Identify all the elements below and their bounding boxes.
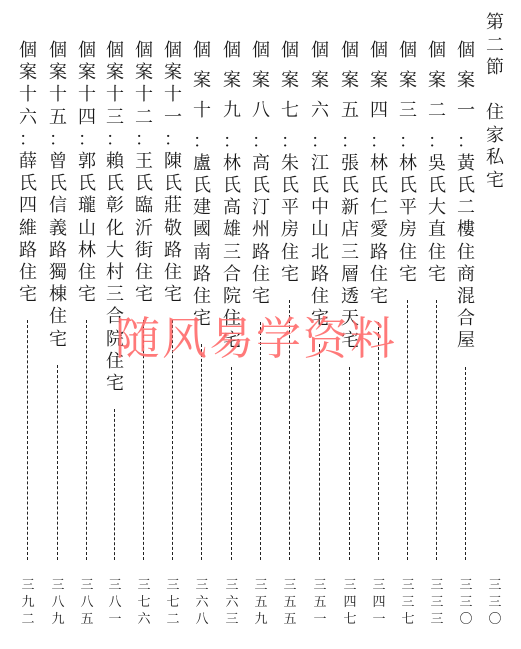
page-number: 三五五: [281, 577, 299, 628]
toc-entry-title: 個案十二：王氏臨沂街住宅: [133, 40, 155, 306]
toc-entry-title: 個案十四：郭氏瓏山林住宅: [76, 40, 98, 306]
section-title-char: 第: [484, 12, 506, 35]
page-number: 三四七: [341, 577, 359, 628]
page-number: 三五一: [311, 577, 329, 628]
dotted-leader: [114, 409, 115, 560]
page-number: 三三三: [428, 577, 446, 628]
section-title-char: 住: [484, 102, 506, 125]
section-title-char: 二: [484, 35, 506, 58]
section-title-char: 節: [484, 57, 506, 80]
page-number: 三五九: [252, 577, 270, 628]
page-number: 三三〇: [457, 577, 475, 628]
dotted-leader: [27, 320, 28, 560]
page-number: 三三〇: [486, 577, 504, 628]
toc-entry-title: 個案十一：陳氏莊敬路住宅: [162, 40, 184, 306]
page-number: 三四一: [370, 577, 388, 628]
page-number: 三九二: [19, 577, 37, 628]
page-number: 三八九: [49, 577, 67, 628]
watermark: 随风易学资料: [115, 302, 397, 367]
section-heading: 第二節 住家私宅: [484, 12, 506, 192]
toc-entry-title: 個案十：盧氏建國南路住宅: [191, 40, 213, 330]
toc-entry-title: 個案二：吳氏大直住宅: [426, 40, 448, 286]
toc-entry-title: 個案七：朱氏平房住宅: [279, 40, 301, 286]
dotted-leader: [407, 300, 408, 560]
dotted-leader: [201, 344, 202, 560]
dotted-leader: [57, 365, 58, 560]
dotted-leader: [465, 367, 466, 560]
page-number: 三六八: [193, 577, 211, 628]
page-number: 三七二: [164, 577, 182, 628]
section-title-char: [484, 80, 506, 103]
section-title-char: 宅: [484, 170, 506, 193]
dotted-leader: [436, 300, 437, 560]
page-number: 三六三: [223, 577, 241, 628]
section-title-char: 私: [484, 147, 506, 170]
page-number: 三八五: [78, 577, 96, 628]
section-title-char: 家: [484, 125, 506, 148]
page-number: 三三七: [399, 577, 417, 628]
dotted-leader: [86, 320, 87, 560]
page-number: 三八一: [106, 577, 124, 628]
dotted-leader: [349, 367, 350, 560]
toc-entry-title: 個案四：林氏仁愛路住宅: [368, 40, 390, 308]
toc-entry-title: 個案八：高氏汀州路住宅: [250, 40, 272, 308]
toc-entry-title: 個案十五：曾氏信義路獨棟住宅: [47, 40, 69, 351]
toc-entry-title: 個案十六：薛氏四維路住宅: [17, 40, 39, 306]
toc-entry-title: 個案一：黃氏二樓住商混合屋: [455, 40, 477, 353]
page-number: 三七六: [135, 577, 153, 628]
toc-entry-title: 個案六：江氏中山北路住宅: [309, 40, 331, 330]
toc-entry-title: 個案三：林氏平房住宅: [397, 40, 419, 286]
dotted-leader: [319, 344, 320, 560]
dotted-leader: [231, 367, 232, 560]
